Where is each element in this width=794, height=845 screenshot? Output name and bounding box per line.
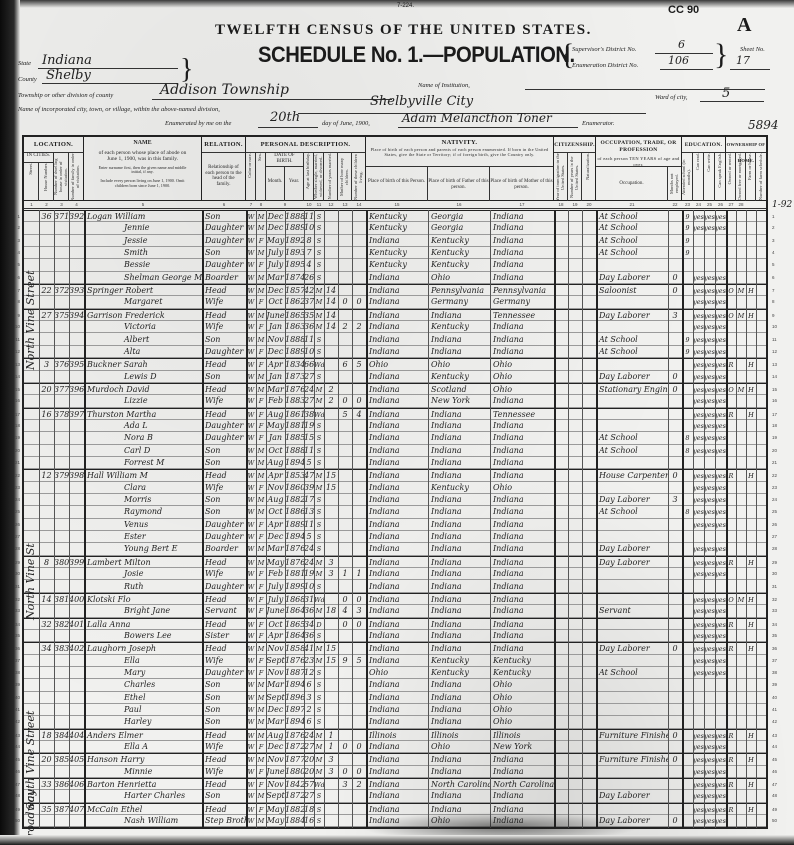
cell-immigration (554, 285, 568, 297)
cell-dwelling: 379 (54, 470, 69, 482)
cell-age: 57 (304, 779, 314, 791)
cell-free (736, 605, 746, 617)
cell-months-unemployed (668, 594, 682, 606)
cell-relation: Head (202, 779, 246, 791)
cell-family: 404 (69, 730, 84, 742)
cell-year: 1861 (285, 409, 304, 421)
education-header: EDUCATION. (682, 137, 726, 153)
cell-children-living (352, 371, 366, 383)
cell-schedule (756, 285, 766, 297)
cell-year: 1892 (285, 235, 304, 247)
cell-house (39, 235, 54, 247)
cell-years-married: 15 (324, 470, 338, 482)
cell-years-married (324, 235, 338, 247)
cell-house: 34 (39, 643, 54, 655)
cell-month: Sept (266, 655, 285, 667)
line-number-right: 4 (772, 247, 784, 259)
cell-house (39, 420, 54, 432)
column-number: 24 (693, 202, 704, 207)
cell-age: 27 (304, 371, 314, 383)
cell-children-born (338, 470, 352, 482)
cell-year: 1894 (285, 679, 304, 691)
cell-mother-birth: Indiana (490, 630, 554, 642)
line-number: 44 (10, 741, 20, 753)
cell-dwelling (54, 445, 69, 457)
line-number-right: 49 (772, 804, 784, 816)
cell-marital: S (314, 790, 324, 802)
cell-children-born (338, 310, 352, 322)
cell-sex: M (256, 506, 266, 518)
cell-farm (746, 716, 756, 728)
cell-color: W (246, 506, 256, 518)
cell-immigration (554, 643, 568, 655)
line-number-right: 45 (772, 754, 784, 766)
cell-children-living (352, 310, 366, 322)
cell-color: W (246, 334, 256, 346)
cell-naturalization (582, 667, 596, 679)
cell-relation: Wife (202, 395, 246, 407)
census-row: 3030JosieWifeWFFeb188119M311IndianaIndia… (24, 568, 766, 580)
cell-house: 33 (39, 779, 54, 791)
cell-months-unemployed: 0 (668, 754, 682, 766)
cell-school (682, 285, 693, 297)
cell-name: Bowers Lee (84, 630, 202, 642)
sheet-side: A (737, 14, 751, 37)
cell-read (693, 259, 704, 271)
cell-name: Jessie (84, 235, 202, 247)
cell-farm: H (746, 557, 756, 569)
census-row: 66Shelman George MBoarderWMMar187426SInd… (24, 272, 766, 284)
cell-children-living (352, 457, 366, 469)
cell-name: Mary (84, 667, 202, 679)
cell-immigration (554, 543, 568, 555)
cell-month: Mar (266, 679, 285, 691)
cell-children-born (338, 692, 352, 704)
cell-naturalization (582, 557, 596, 569)
cell-marital: M (314, 557, 324, 569)
cell-children-living: 5 (352, 359, 366, 371)
cell-children-living: 0 (352, 395, 366, 407)
cell-dwelling (54, 692, 69, 704)
cell-read: yes (693, 655, 704, 667)
cell-occupation (596, 655, 668, 667)
cell-color: W (246, 716, 256, 728)
cell-age: 2 (304, 704, 314, 716)
grid-line (726, 210, 728, 828)
cell-house (39, 457, 54, 469)
cell-family (69, 630, 84, 642)
cell-color: W (246, 581, 256, 593)
cell-school: 9 (682, 222, 693, 234)
cell-month: Jan (266, 321, 285, 333)
line-number-right: 27 (772, 531, 784, 543)
column-number: 18 (554, 202, 568, 207)
cell-years-us (568, 519, 582, 531)
cell-birth: Indiana (366, 557, 428, 569)
cell-marital: S (314, 432, 324, 444)
cell-year: 1876 (285, 730, 304, 742)
cell-month: Jan (266, 371, 285, 383)
census-row: 2323ClaraWifeWFNov186039M15IndianaKentuc… (24, 482, 766, 494)
cell-house (39, 704, 54, 716)
cell-own (726, 346, 736, 358)
cell-month: Oct (266, 296, 285, 308)
cell-birth: Indiana (366, 790, 428, 802)
cell-years-us (568, 619, 582, 631)
cell-name: Margaret (84, 296, 202, 308)
cell-naturalization (582, 519, 596, 531)
cell-immigration (554, 667, 568, 679)
cell-occupation (596, 259, 668, 271)
cell-dwelling: 382 (54, 619, 69, 631)
cell-months-unemployed (668, 655, 682, 667)
cell-relation: Daughter (202, 667, 246, 679)
form-number: 7-224. (397, 3, 414, 9)
cell-family (69, 679, 84, 691)
cell-farm: H (746, 594, 756, 606)
cell-month: Dec (266, 222, 285, 234)
cell-age: 37 (304, 296, 314, 308)
cell-write: yes (704, 470, 715, 482)
name-header: NAME of each person whose place of abode… (84, 137, 202, 201)
cell-own: R (726, 557, 736, 569)
cell-children-born (338, 519, 352, 531)
cell-school (682, 557, 693, 569)
cell-relation: Head (202, 594, 246, 606)
cell-month: May (266, 804, 285, 816)
grid-line (246, 210, 248, 828)
cell-years-us (568, 482, 582, 494)
cell-sex: F (256, 395, 266, 407)
line-number: 22 (10, 470, 20, 482)
cell-naturalization (582, 247, 596, 259)
cell-free (736, 482, 746, 494)
cell-school (682, 420, 693, 432)
cell-name: Hanson Harry (84, 754, 202, 766)
cell-month: Aug (266, 457, 285, 469)
census-row: 88MargaretWifeWFOct186237M1400IndianaGer… (24, 296, 766, 308)
cell-age: 31 (304, 594, 314, 606)
cell-month: Dec (266, 741, 285, 753)
cell-children-living (352, 543, 366, 555)
cell-birth: Indiana (366, 371, 428, 383)
cell-name: Ester (84, 531, 202, 543)
cell-age: 19 (304, 420, 314, 432)
cell-schedule (756, 716, 766, 728)
cell-years-married: 3 (324, 766, 338, 778)
cell-write: yes (704, 321, 715, 333)
cell-english: yes (715, 754, 726, 766)
cell-occupation: At School (596, 445, 668, 457)
cell-english: yes (715, 310, 726, 322)
line-number-right: 38 (772, 667, 784, 679)
family-col-header: Number of family in order of visitation. (69, 153, 84, 201)
cell-children-born (338, 211, 352, 223)
column-numbers: 1234567891011121314151617181920212223242… (24, 201, 766, 209)
cell-name: Lambert Milton (84, 557, 202, 569)
cell-house (39, 494, 54, 506)
line-number: 23 (10, 482, 20, 494)
cell-marital: S (314, 716, 324, 728)
cell-years-married (324, 804, 338, 816)
cell-occupation (596, 531, 668, 543)
cell-write: yes (704, 519, 715, 531)
cell-immigration (554, 531, 568, 543)
cell-years-us (568, 630, 582, 642)
line-number: 6 (10, 272, 20, 284)
line-number: 48 (10, 790, 20, 802)
census-row: 363634383402Laughorn JosephHeadWMNov1858… (24, 642, 766, 654)
birth-mother-header: Place of birth of Mother of this person. (490, 167, 554, 201)
cell-years-us (568, 557, 582, 569)
cell-english: yes (715, 804, 726, 816)
cell-farm (746, 296, 756, 308)
line-number-right: 44 (772, 741, 784, 753)
cell-house (39, 506, 54, 518)
cell-own (726, 296, 736, 308)
cell-write (704, 716, 715, 728)
cell-years-us (568, 643, 582, 655)
cell-naturalization (582, 445, 596, 457)
cell-english: yes (715, 643, 726, 655)
cell-schedule (756, 482, 766, 494)
cell-immigration (554, 470, 568, 482)
cell-write: yes (704, 815, 715, 827)
cell-father-birth: Indiana (428, 754, 490, 766)
cell-children-living (352, 420, 366, 432)
cell-name: Murdoch David (84, 384, 202, 396)
cell-month: Apr (266, 630, 285, 642)
cell-age: 36 (304, 630, 314, 642)
cell-marital: S (314, 692, 324, 704)
cell-mother-birth: Illinois (490, 730, 554, 742)
cell-marital: M (314, 470, 324, 482)
cell-own (726, 482, 736, 494)
cell-occupation (596, 704, 668, 716)
institution-label: Name of Institution, (418, 82, 470, 89)
cell-color: W (246, 371, 256, 383)
cell-children-born (338, 667, 352, 679)
cell-street (24, 395, 39, 407)
ward-rule (700, 101, 764, 102)
cell-relation: Son (202, 445, 246, 457)
cell-occupation (596, 321, 668, 333)
line-number: 26 (10, 519, 20, 531)
column-number: 8 (256, 202, 266, 207)
cell-father-birth: Indiana (428, 568, 490, 580)
cell-write: yes (704, 494, 715, 506)
cell-write: yes (704, 211, 715, 223)
cell-schedule (756, 235, 766, 247)
cell-own (726, 679, 736, 691)
cell-schedule (756, 310, 766, 322)
cell-farm (746, 543, 756, 555)
line-number: 11 (10, 334, 20, 346)
cell-read: yes (693, 470, 704, 482)
cell-color: W (246, 655, 256, 667)
cell-age: 24 (304, 384, 314, 396)
cell-sex: F (256, 779, 266, 791)
cell-color: W (246, 445, 256, 457)
cell-children-born (338, 704, 352, 716)
cell-birth: Indiana (366, 432, 428, 444)
cell-schedule (756, 506, 766, 518)
cell-father-birth: Indiana (428, 790, 490, 802)
line-number-right: 5 (772, 259, 784, 271)
column-number: 3 (54, 202, 69, 207)
cell-marital: S (314, 334, 324, 346)
cell-color: W (246, 557, 256, 569)
cell-house: 36 (39, 211, 54, 223)
cell-marital: D (314, 619, 324, 631)
cell-free (736, 531, 746, 543)
cell-sex: F (256, 531, 266, 543)
cell-street (24, 384, 39, 396)
cell-house: 8 (39, 557, 54, 569)
census-row: 2424MorrisSonWMAug188217SIndianaIndianaI… (24, 494, 766, 506)
cell-school (682, 384, 693, 396)
cell-name: Laughorn Joseph (84, 643, 202, 655)
cell-farm: H (746, 643, 756, 655)
cell-schedule (756, 741, 766, 753)
cell-children-living (352, 494, 366, 506)
cell-family: 406 (69, 779, 84, 791)
cell-house (39, 766, 54, 778)
cell-months-unemployed: 0 (668, 272, 682, 284)
cell-months-unemployed (668, 346, 682, 358)
cell-months-unemployed (668, 445, 682, 457)
cell-free (736, 420, 746, 432)
cell-name: Shelman George M (84, 272, 202, 284)
cell-read (693, 457, 704, 469)
cell-name: Paul (84, 704, 202, 716)
cell-free (736, 619, 746, 631)
cell-school (682, 679, 693, 691)
cell-months-unemployed (668, 741, 682, 753)
cell-years-us (568, 222, 582, 234)
cell-school (682, 779, 693, 791)
cell-free (736, 235, 746, 247)
township-value: Addison Township (160, 82, 289, 98)
cell-house (39, 395, 54, 407)
cell-month: Mar (266, 384, 285, 396)
dob-header: DATE OF BIRTH. (266, 153, 304, 167)
line-number: 35 (10, 630, 20, 642)
cell-years-married: 14 (324, 321, 338, 333)
cell-own (726, 420, 736, 432)
cell-family (69, 655, 84, 667)
cell-immigration (554, 506, 568, 518)
cell-birth: Indiana (366, 704, 428, 716)
cell-dwelling (54, 679, 69, 691)
cell-birth: Indiana (366, 531, 428, 543)
cell-age: 24 (304, 543, 314, 555)
relation-header: RELATION. (202, 137, 246, 153)
cell-own: O (726, 594, 736, 606)
cell-marital: S (314, 543, 324, 555)
cell-schedule (756, 321, 766, 333)
cell-free: M (736, 310, 746, 322)
cell-own (726, 543, 736, 555)
cell-months-unemployed (668, 790, 682, 802)
cell-year: 1897 (285, 704, 304, 716)
cell-months-unemployed (668, 211, 682, 223)
cell-own (726, 667, 736, 679)
cell-children-living (352, 667, 366, 679)
cell-free: M (736, 384, 746, 396)
cell-dwelling (54, 531, 69, 543)
line-number-right: 39 (772, 679, 784, 691)
cell-read: yes (693, 790, 704, 802)
cell-occupation: Servant (596, 605, 668, 617)
cell-years-married (324, 494, 338, 506)
cell-farm (746, 371, 756, 383)
cell-year: 1864 (285, 605, 304, 617)
cell-school (682, 667, 693, 679)
cell-own: R (726, 643, 736, 655)
cell-birth: Indiana (366, 482, 428, 494)
cell-children-born (338, 730, 352, 742)
cell-years-us (568, 371, 582, 383)
cell-farm (746, 630, 756, 642)
age-col-header: Age at last birthday. (304, 153, 314, 201)
cell-years-married (324, 667, 338, 679)
cell-months-unemployed: 3 (668, 310, 682, 322)
cell-mother-birth: Indiana (490, 334, 554, 346)
cell-father-birth: Kentucky (428, 259, 490, 271)
cell-schedule (756, 730, 766, 742)
cell-birth: Indiana (366, 766, 428, 778)
cell-months-unemployed (668, 519, 682, 531)
cell-relation: Son (202, 494, 246, 506)
cell-marital: S (314, 445, 324, 457)
cell-farm: H (746, 779, 756, 791)
cell-write: yes (704, 804, 715, 816)
cell-own: R (726, 619, 736, 631)
cell-english: yes (715, 222, 726, 234)
cell-immigration (554, 557, 568, 569)
cell-family (69, 543, 84, 555)
cell-free (736, 222, 746, 234)
cell-schedule (756, 470, 766, 482)
cell-naturalization (582, 457, 596, 469)
cell-read (693, 581, 704, 593)
cell-mother-birth: Indiana (490, 235, 554, 247)
cell-color: W (246, 605, 256, 617)
line-number-right: 25 (772, 506, 784, 518)
cell-birth: Indiana (366, 630, 428, 642)
line-number: 40 (10, 692, 20, 704)
cell-years-us (568, 259, 582, 271)
line-number-right: 37 (772, 655, 784, 667)
cell-months-unemployed: 3 (668, 494, 682, 506)
cell-school: 9 (682, 247, 693, 259)
cell-occupation: Furniture Finisher (596, 754, 668, 766)
cell-marital: S (314, 531, 324, 543)
cell-months-unemployed: 0 (668, 730, 682, 742)
cell-month: May (266, 815, 285, 827)
cell-marital: M (314, 296, 324, 308)
cell-free (736, 692, 746, 704)
cell-own (726, 741, 736, 753)
cell-children-living: 0 (352, 296, 366, 308)
cell-years-married (324, 619, 338, 631)
cell-write (704, 581, 715, 593)
line-number-right: 50 (772, 815, 784, 827)
grid-line (352, 210, 353, 828)
cell-children-born: 0 (338, 766, 352, 778)
cell-children-living (352, 754, 366, 766)
